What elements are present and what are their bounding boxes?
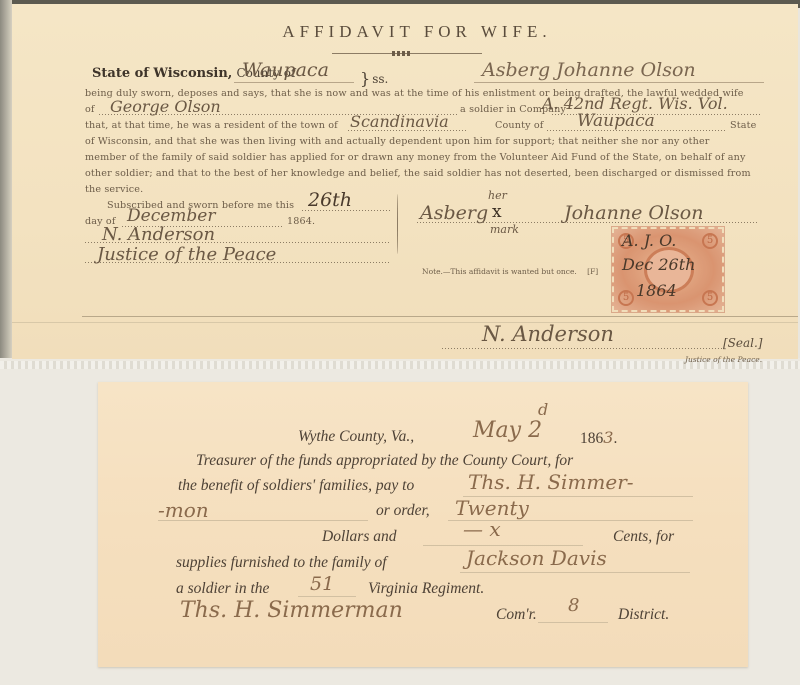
- stamp-cancel-date: Dec 26th: [622, 255, 695, 274]
- affidavit-document: AFFIDAVIT FOR WIFE. State of Wisconsin, …: [12, 4, 798, 359]
- revenue-stamp: 5 5 5 5 A. J. O. Dec 26th 1864: [612, 227, 724, 312]
- affiant-signature-dots: [417, 222, 757, 223]
- cert-regiment-number-handwritten: 51: [310, 573, 334, 595]
- bottom-signature-dots: [442, 348, 722, 349]
- affiant-signature-first: Asberg: [420, 202, 488, 224]
- affidavit-line-deserted: other soldier; and that to the best of h…: [85, 168, 765, 179]
- seal-label: [Seal.]: [723, 336, 763, 350]
- justice-name-handwritten: N. Anderson: [102, 224, 215, 245]
- cert-supplies-line: supplies furnished to the family of: [176, 554, 387, 572]
- day-handwritten: 26th: [308, 189, 352, 211]
- cert-year: 1863.: [580, 428, 617, 448]
- regiment-rule: [298, 596, 356, 597]
- affiant-mark-x: x: [492, 202, 502, 222]
- cert-payee-handwritten-2: -mon: [158, 498, 209, 522]
- cert-cents-for: Cents, for: [613, 528, 674, 546]
- stamp-corner-bl: 5: [618, 290, 634, 306]
- note-bracket: [F]: [587, 267, 598, 276]
- cert-year-printed: 186: [580, 430, 603, 447]
- county-handwritten: Waupaca: [242, 59, 329, 81]
- cert-dollars-and: Dollars and: [322, 528, 397, 546]
- cert-payee-handwritten-1: Ths. H. Simmer-: [468, 470, 634, 494]
- cert-benefit-line: the benefit of soldiers' families, pay t…: [178, 477, 414, 495]
- backdrop-left: [0, 0, 12, 360]
- note-text: Note.—This affidavit is wanted but once.: [422, 267, 577, 276]
- county2-handwritten: Waupaca: [577, 111, 655, 131]
- state-label-small: State: [730, 120, 770, 131]
- affidavit-line-volunteer-fund: member of the family of said soldier has…: [85, 152, 765, 163]
- cert-family-name-handwritten: Jackson Davis: [466, 546, 607, 570]
- stamp-cancel-year: 1864: [636, 281, 677, 300]
- sleeve-perforated-edge: [0, 361, 800, 369]
- district-rule: [538, 622, 608, 623]
- fold-line-lower: [12, 322, 798, 323]
- cert-date-handwritten: May 2: [473, 418, 542, 443]
- cert-year-handwritten: 3: [603, 428, 613, 447]
- affiant-field-rule: [474, 82, 764, 83]
- title-ornament-rule: [332, 53, 482, 54]
- affiant-her: her: [488, 189, 507, 202]
- affiant-mark-label: mark: [490, 223, 519, 236]
- affidavit-note: Note.—This affidavit is wanted but once.…: [422, 267, 598, 276]
- month-handwritten: December: [127, 206, 215, 226]
- fold-line: [82, 316, 798, 317]
- cert-commissioner-signature: Ths. H. Simmerman: [180, 598, 403, 623]
- payee-rule-2: [158, 520, 368, 521]
- stamp-corner-br: 5: [702, 290, 718, 306]
- cert-district-label: District.: [618, 606, 669, 624]
- cert-soldier-line: a soldier in the: [176, 580, 269, 598]
- family-rule: [460, 572, 690, 573]
- bracket-line: [397, 194, 398, 254]
- cert-comr-label: Com'r.: [496, 606, 537, 624]
- affidavit-line-service: the service.: [85, 184, 765, 195]
- county-field-rule: [234, 82, 354, 83]
- justice-title-handwritten: Justice of the Peace: [97, 244, 276, 265]
- cert-or-order: or order,: [376, 502, 430, 520]
- justice-of-peace-label: Justice of the Peace.: [685, 355, 762, 364]
- bottom-signature-handwritten: N. Anderson: [482, 322, 614, 346]
- cert-regiment-label: Virginia Regiment.: [368, 580, 484, 598]
- cert-district-number-handwritten: 8: [568, 595, 579, 616]
- cert-place: Wythe County, Va.,: [298, 428, 414, 446]
- stamp-corner-tr: 5: [702, 233, 718, 249]
- cert-year-period: .: [613, 430, 617, 447]
- town-handwritten: Scandinavia: [350, 112, 449, 131]
- affiant-signature-last: Johanne Olson: [564, 202, 703, 224]
- stamp-cancel-initials: A. J. O.: [622, 231, 676, 250]
- affidavit-title: AFFIDAVIT FOR WIFE.: [207, 22, 627, 42]
- wythe-county-certificate: Wythe County, Va., May 2 d 1863. Treasur…: [98, 382, 748, 667]
- ss-label: ss.: [360, 68, 388, 87]
- affiant-name-handwritten: Asberg Johanne Olson: [482, 59, 696, 81]
- soldier-name-handwritten: George Olson: [110, 97, 221, 116]
- cert-cents-handwritten: — x: [463, 517, 501, 541]
- state-label: State of Wisconsin,: [92, 66, 232, 81]
- cert-treasurer-line: Treasurer of the funds appropriated by t…: [196, 452, 573, 470]
- affidavit-line-dependent: of Wisconsin, and that she was then livi…: [85, 136, 765, 147]
- cert-date-suffix: d: [538, 400, 548, 419]
- year-printed: 1864.: [287, 216, 327, 227]
- resident-label: that, at that time, he was a resident of…: [85, 120, 365, 131]
